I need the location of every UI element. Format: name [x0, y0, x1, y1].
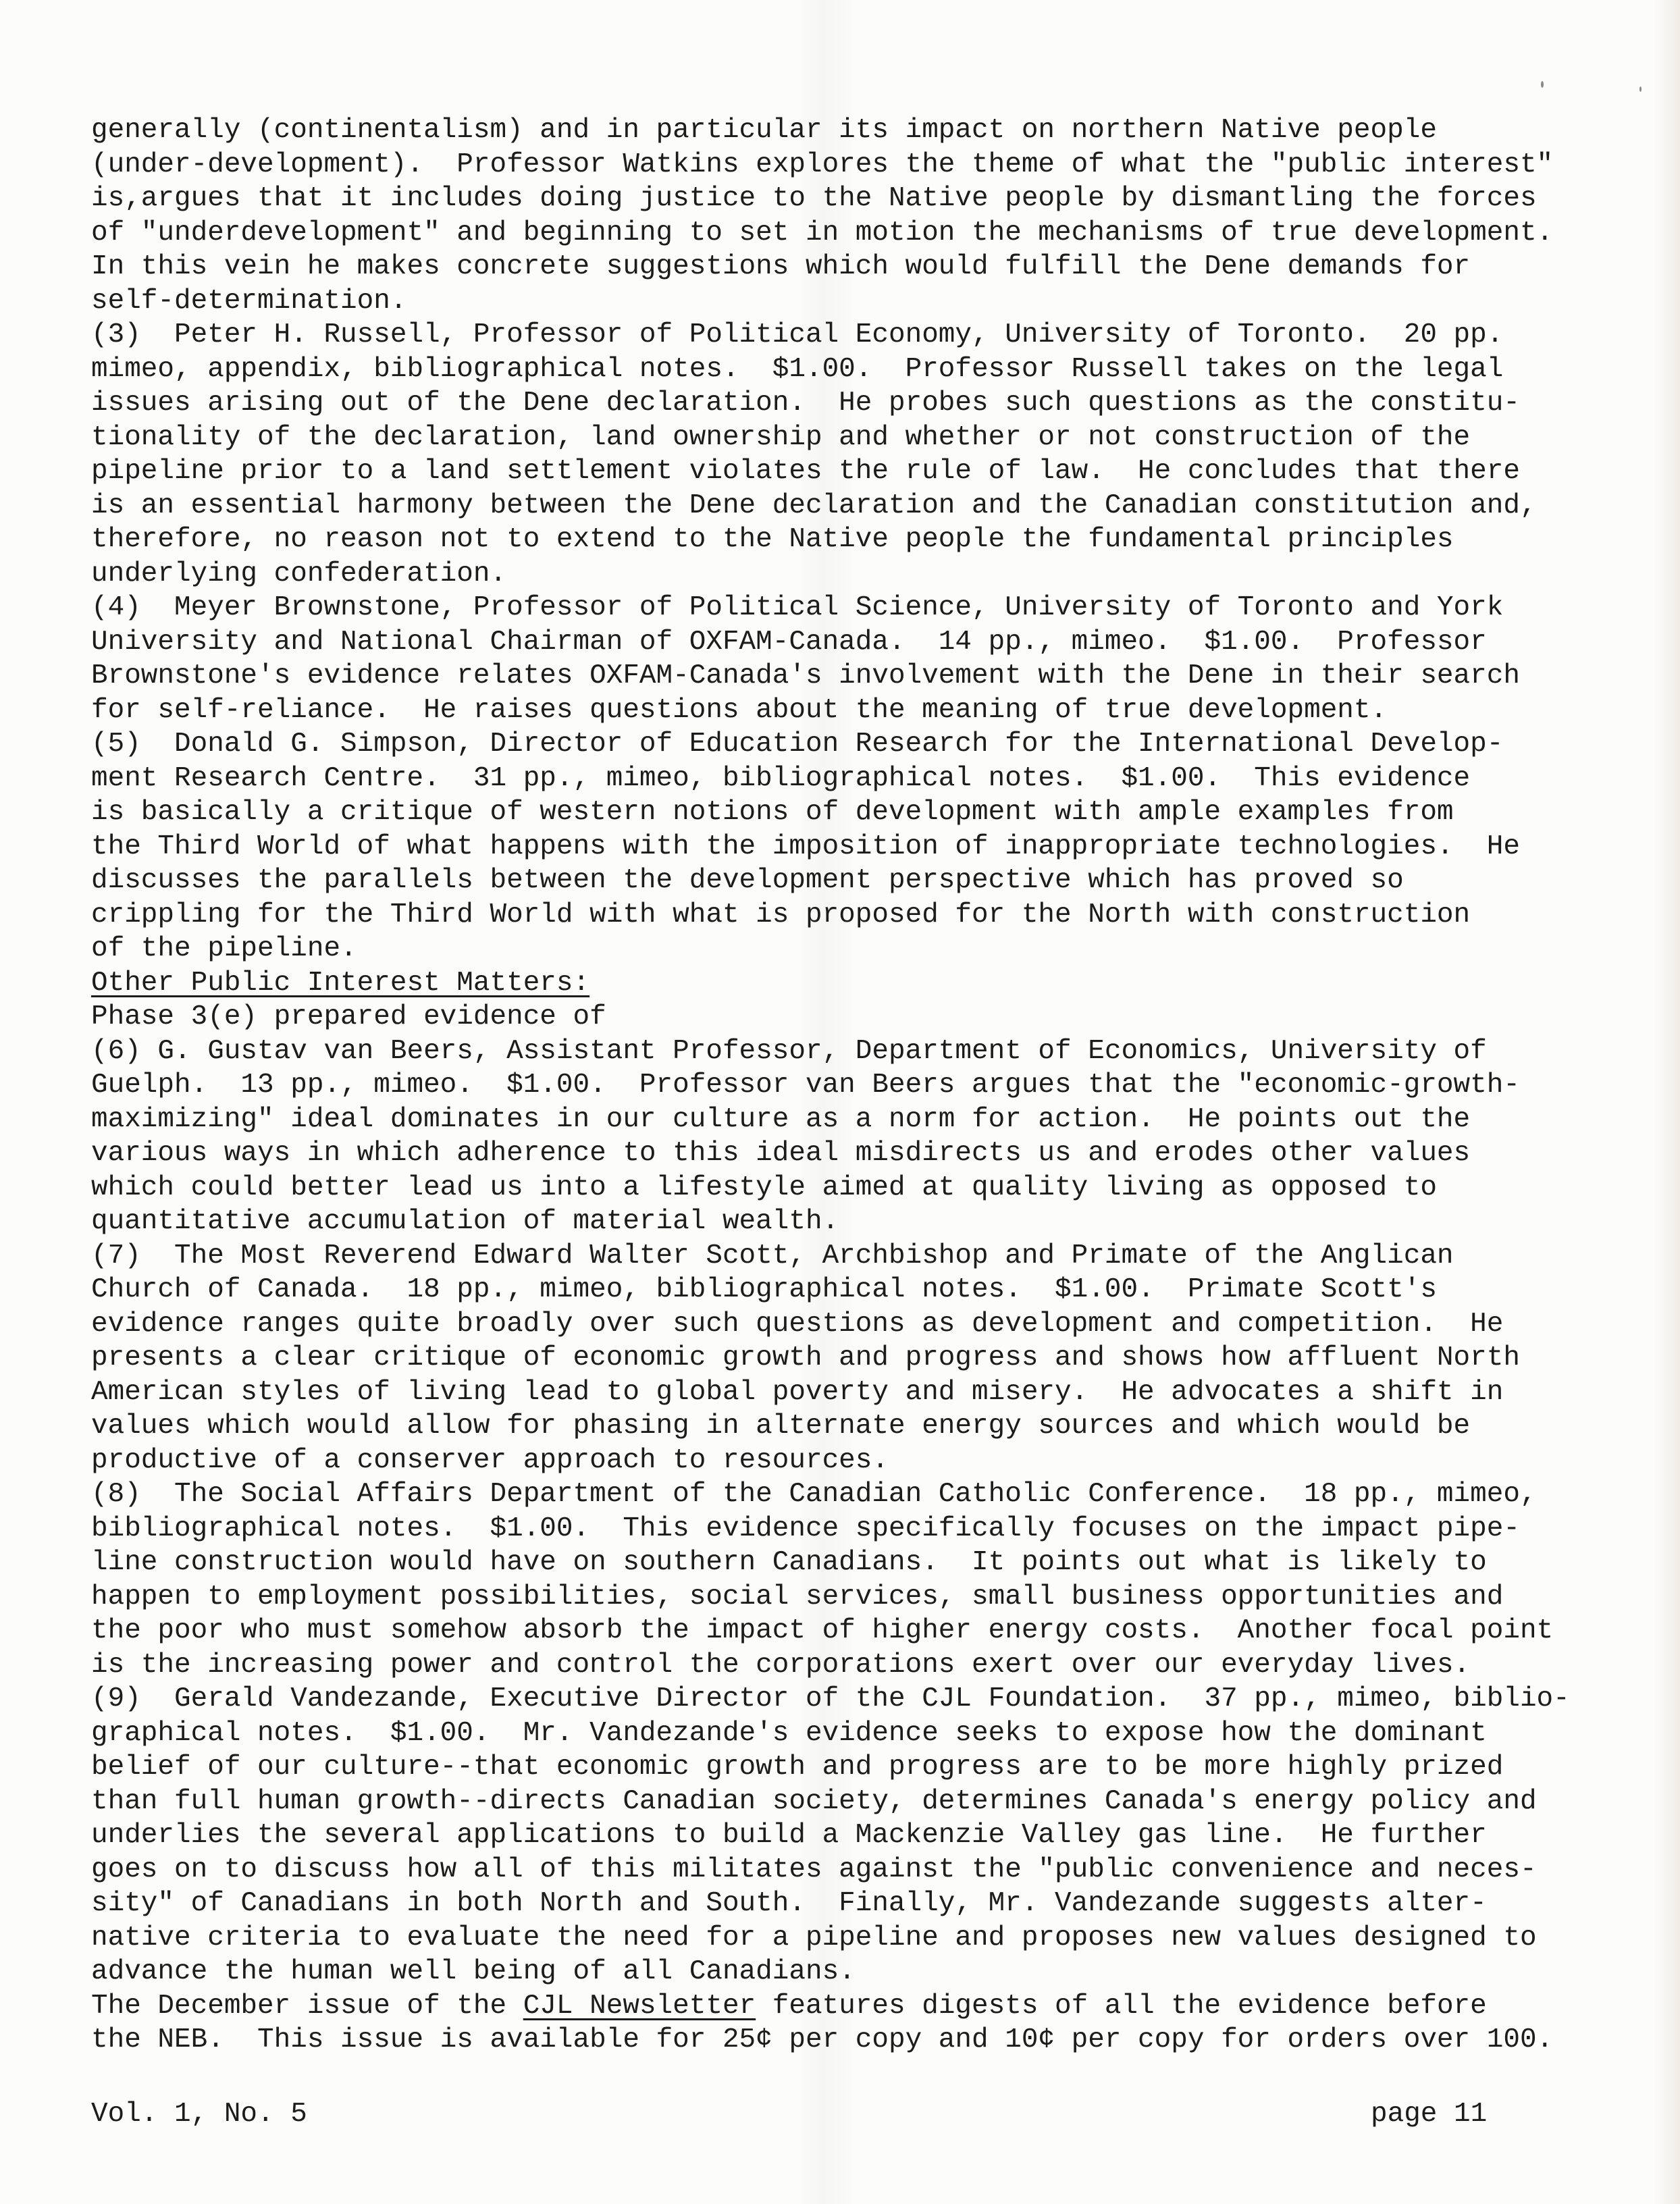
text-line: underlying confederation. [91, 557, 1644, 592]
text-line: therefore, no reason not to extend to th… [91, 523, 1644, 557]
text-line: bibliographical notes. $1.00. This evide… [91, 1512, 1644, 1546]
text-line: (6) G. Gustav van Beers, Assistant Profe… [91, 1034, 1644, 1069]
text-line: (3) Peter H. Russell, Professor of Polit… [91, 318, 1644, 352]
text-line: than full human growth--directs Canadian… [91, 1785, 1644, 1819]
text-line: evidence ranges quite broadly over such … [91, 1307, 1644, 1342]
text-line: goes on to discuss how all of this milit… [91, 1853, 1644, 1887]
text-line: tionality of the declaration, land owner… [91, 421, 1644, 455]
paper-speck [1639, 86, 1642, 92]
text-line: (9) Gerald Vandezande, Executive Directo… [91, 1682, 1644, 1716]
text-line: mimeo, appendix, bibliographical notes. … [91, 352, 1644, 387]
section-heading: Other Public Interest Matters: [91, 966, 1644, 1001]
text-line: Phase 3(e) prepared evidence of [91, 1000, 1644, 1034]
text-line: is basically a critique of western notio… [91, 795, 1644, 830]
text-line: generally (continentalism) and in partic… [91, 113, 1644, 148]
text-line: line construction would have on southern… [91, 1546, 1644, 1580]
text-line: (under-development). Professor Watkins e… [91, 148, 1644, 182]
text-line: American styles of living lead to global… [91, 1375, 1644, 1410]
text-line: belief of our culture--that economic gro… [91, 1750, 1644, 1785]
text-line: crippling for the Third World with what … [91, 898, 1644, 933]
document-body: generally (continentalism) and in partic… [91, 113, 1644, 2057]
text-line: graphical notes. $1.00. Mr. Vandezande's… [91, 1716, 1644, 1751]
text-line: Guelph. 13 pp., mimeo. $1.00. Professor … [91, 1068, 1644, 1103]
text-line: productive of a conserver approach to re… [91, 1444, 1644, 1478]
text-line: underlies the several applications to bu… [91, 1818, 1644, 1853]
text-line: In this vein he makes concrete suggestio… [91, 250, 1644, 284]
closing-line: the NEB. This issue is available for 25¢… [91, 2023, 1644, 2057]
scanned-page: generally (continentalism) and in partic… [0, 0, 1680, 2204]
text-line: values which would allow for phasing in … [91, 1409, 1644, 1444]
text-line: which could better lead us into a lifest… [91, 1171, 1644, 1205]
text-line: ment Research Centre. 31 pp., mimeo, bib… [91, 762, 1644, 796]
text-line: issues arising out of the Dene declarati… [91, 386, 1644, 421]
page-number: page 11 [1371, 2097, 1487, 2131]
text-line: quantitative accumulation of material we… [91, 1205, 1644, 1239]
closing-text: features digests of all the evidence bef… [756, 1991, 1487, 2022]
text-line: is,argues that it includes doing justice… [91, 182, 1644, 216]
closing-text: The December issue of the [91, 1991, 523, 2022]
text-line: maximizing" ideal dominates in our cultu… [91, 1103, 1644, 1137]
text-line: Church of Canada. 18 pp., mimeo, bibliog… [91, 1273, 1644, 1307]
text-line: University and National Chairman of OXFA… [91, 625, 1644, 660]
newsletter-title: CJL Newsletter [523, 1991, 756, 2022]
text-line: the poor who must somehow absorb the imp… [91, 1614, 1644, 1648]
text-line: sity" of Canadians in both North and Sou… [91, 1887, 1644, 1921]
section-heading-text: Other Public Interest Matters: [91, 968, 589, 999]
text-line: pipeline prior to a land settlement viol… [91, 454, 1644, 489]
text-line: the Third World of what happens with the… [91, 830, 1644, 864]
text-line: (8) The Social Affairs Department of the… [91, 1477, 1644, 1512]
text-line: native criteria to evaluate the need for… [91, 1921, 1644, 1956]
text-line: self-determination. [91, 284, 1644, 319]
text-line: (5) Donald G. Simpson, Director of Educa… [91, 727, 1644, 762]
text-line: advance the human well being of all Cana… [91, 1955, 1644, 1989]
text-line: various ways in which adherence to this … [91, 1136, 1644, 1171]
text-line: of "underdevelopment" and beginning to s… [91, 216, 1644, 251]
text-line: of the pipeline. [91, 932, 1644, 966]
text-line: (7) The Most Reverend Edward Walter Scot… [91, 1239, 1644, 1274]
text-line: presents a clear critique of economic gr… [91, 1341, 1644, 1375]
text-line: happen to employment possibilities, soci… [91, 1580, 1644, 1615]
paper-speck [1541, 81, 1544, 88]
issue-number: Vol. 1, No. 5 [91, 2097, 307, 2131]
closing-line: The December issue of the CJL Newsletter… [91, 1989, 1644, 2024]
text-line: (4) Meyer Brownstone, Professor of Polit… [91, 591, 1644, 625]
text-line: discusses the parallels between the deve… [91, 864, 1644, 898]
text-line: is an essential harmony between the Dene… [91, 489, 1644, 523]
text-line: is the increasing power and control the … [91, 1648, 1644, 1683]
text-line: Brownstone's evidence relates OXFAM-Cana… [91, 659, 1644, 693]
text-line: for self-reliance. He raises questions a… [91, 693, 1644, 728]
